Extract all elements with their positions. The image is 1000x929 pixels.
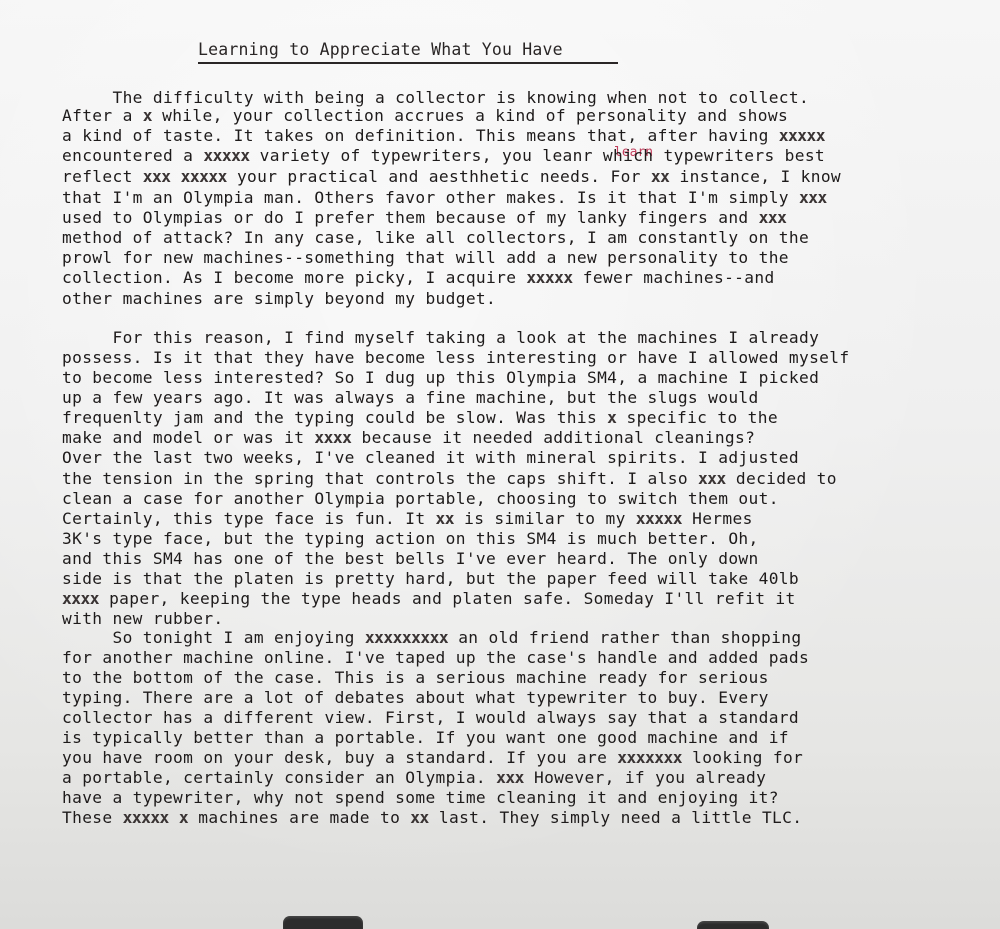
typed-line: used to Olympias or do I prefer them bec…	[62, 208, 786, 227]
typed-line: For this reason, I find myself taking a …	[62, 328, 819, 347]
typed-line: 3K's type face, but the typing action on…	[62, 529, 759, 548]
struck-out-text: x	[143, 106, 152, 125]
struck-out-text: xxxxx	[636, 509, 682, 528]
typed-line: make and model or was it xxxx because it…	[62, 428, 755, 447]
struck-out-text: xxxx	[314, 428, 351, 447]
typed-line: Over the last two weeks, I've cleaned it…	[62, 448, 799, 467]
struck-out-text: xxx	[799, 188, 827, 207]
typed-line: xxxx paper, keeping the type heads and p…	[62, 589, 796, 608]
struck-out-text: xxx	[759, 208, 787, 227]
struck-out-text: xxxxx	[779, 126, 825, 145]
typed-line: reflect xxx xxxxx your practical and aes…	[62, 167, 841, 186]
typed-line: the tension in the spring that controls …	[62, 469, 837, 488]
typed-line: frequenlty jam and the typing could be s…	[62, 408, 778, 427]
struck-out-text: xxxxx	[526, 268, 572, 287]
struck-out-text: x	[179, 808, 188, 827]
struck-out-text: xx	[410, 808, 429, 827]
struck-out-text: xx	[651, 167, 670, 186]
paper-feed-roller-right	[697, 921, 769, 929]
typed-line: So tonight I am enjoying xxxxxxxxx an ol…	[62, 628, 801, 647]
typed-line: possess. Is it that they have become les…	[62, 348, 849, 367]
struck-out-text: xxxxxxxxx	[365, 628, 448, 647]
typed-line: to become less interested? So I dug up t…	[62, 368, 819, 387]
typed-line: collection. As I become more picky, I ac…	[62, 268, 775, 287]
typed-line: a kind of taste. It takes on definition.…	[62, 126, 825, 145]
document-title: Learning to Appreciate What You Have	[198, 40, 618, 64]
struck-out-text: xxx	[698, 469, 726, 488]
typed-line: have a typewriter, why not spend some ti…	[62, 788, 779, 807]
typed-line: clean a case for another Olympia portabl…	[62, 489, 779, 508]
typed-line: Certainly, this type face is fun. It xx …	[62, 509, 753, 528]
typed-line: After a x while, your collection accrues…	[62, 106, 788, 125]
paper-feed-roller-left	[283, 916, 363, 929]
typed-line: collector has a different view. First, I…	[62, 708, 799, 727]
struck-out-text: xxx	[496, 768, 524, 787]
typed-line: encountered a xxxxx variety of typewrite…	[62, 146, 825, 165]
typed-line: These xxxxx x machines are made to xx la…	[62, 808, 802, 827]
typed-line: is typically better than a portable. If …	[62, 728, 789, 747]
typed-line: other machines are simply beyond my budg…	[62, 289, 496, 308]
typed-line: with new rubber.	[62, 609, 224, 628]
typed-line: typing. There are a lot of debates about…	[62, 688, 769, 707]
struck-out-text: xxxxx	[181, 167, 227, 186]
typed-line: side is that the platen is pretty hard, …	[62, 569, 799, 588]
struck-out-text: xxxxx	[203, 146, 249, 165]
typed-line: and this SM4 has one of the best bells I…	[62, 549, 759, 568]
typed-line: a portable, certainly consider an Olympi…	[62, 768, 766, 787]
typed-line: that I'm an Olympia man. Others favor ot…	[62, 188, 827, 207]
struck-out-text: x	[607, 408, 616, 427]
typed-line: you have room on your desk, buy a standa…	[62, 748, 803, 767]
struck-out-text: xx	[436, 509, 455, 528]
typed-line: prowl for new machines--something that w…	[62, 248, 789, 267]
typed-line: up a few years ago. It was always a fine…	[62, 388, 759, 407]
typed-line: The difficulty with being a collector is…	[62, 88, 809, 107]
struck-out-text: xxxxx	[123, 808, 169, 827]
typed-line: method of attack? In any case, like all …	[62, 228, 809, 247]
struck-out-text: xxxxxxx	[617, 748, 682, 767]
typed-line: to the bottom of the case. This is a ser…	[62, 668, 769, 687]
typed-line: for another machine online. I've taped u…	[62, 648, 809, 667]
struck-out-text: xxx	[143, 167, 171, 186]
struck-out-text: xxxx	[62, 589, 99, 608]
